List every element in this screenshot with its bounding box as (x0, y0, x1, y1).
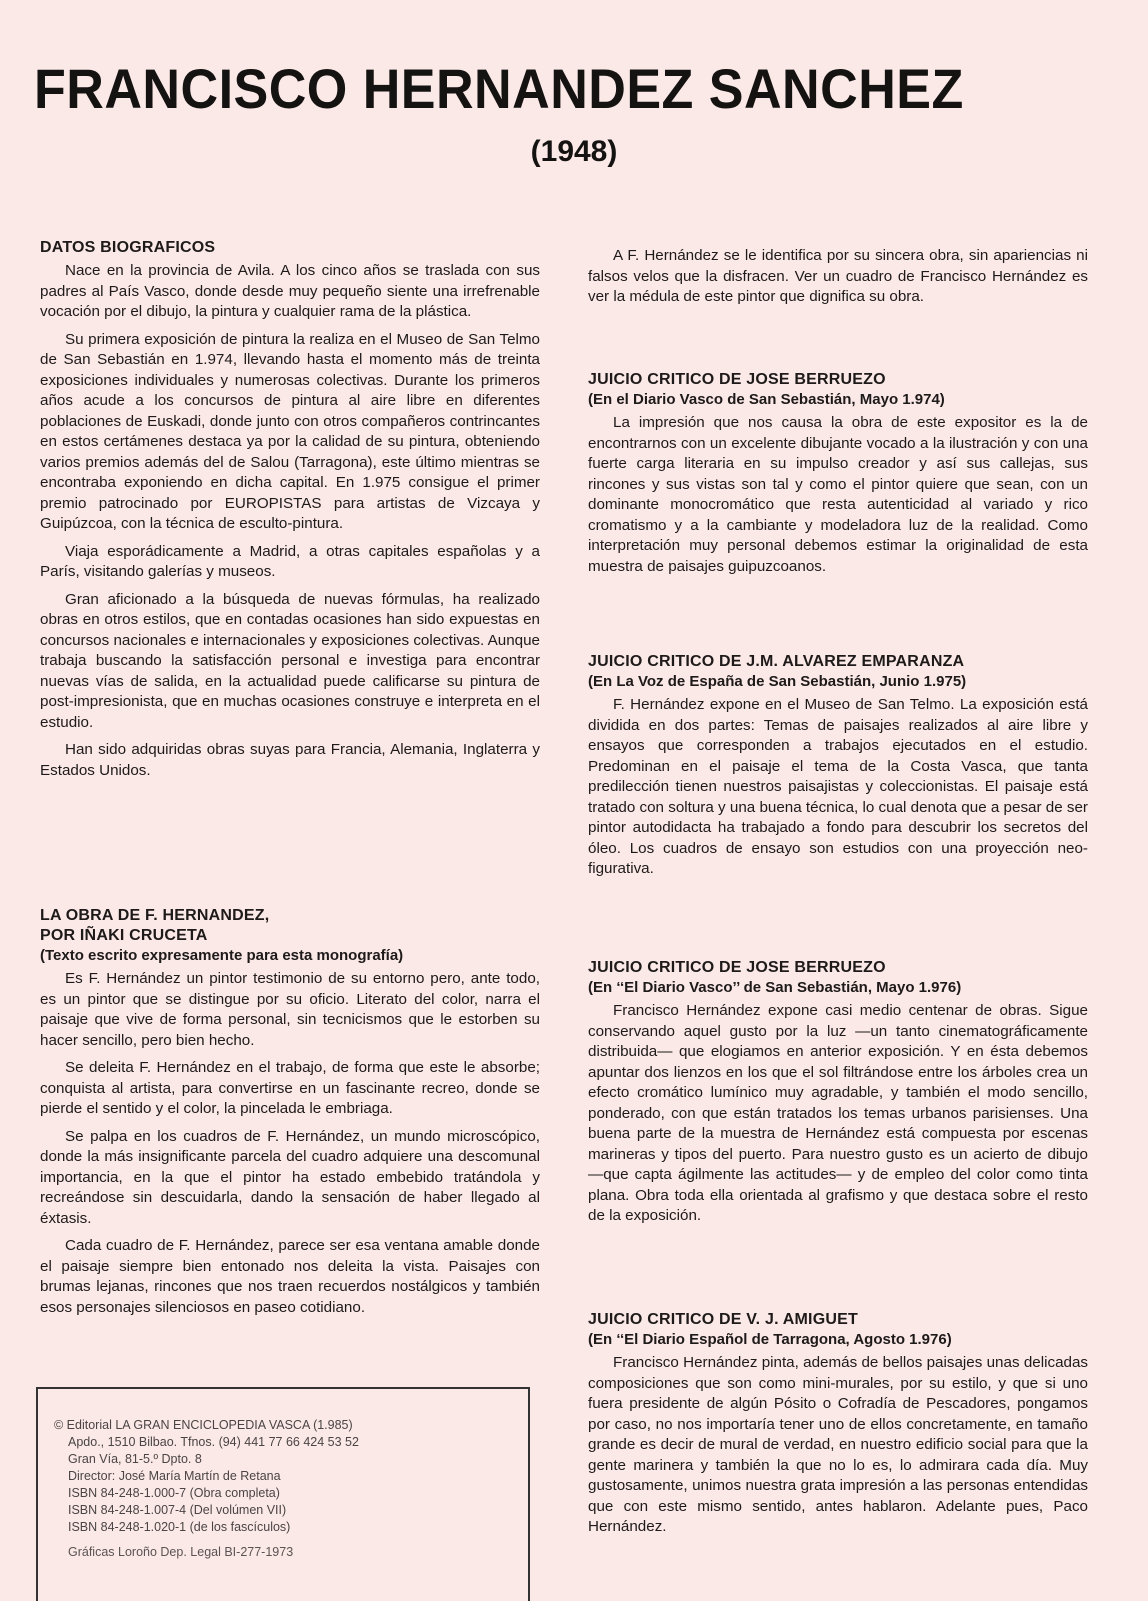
paragraph: Es F. Hernández un pintor testimonio de … (40, 969, 540, 1051)
section-datos-biograficos: DATOS BIOGRAFICOS Nace en la provincia d… (40, 238, 540, 788)
imprint-box: © Editorial LA GRAN ENCICLOPEDIA VASCA (… (36, 1387, 530, 1601)
paragraph: F. Hernández expone en el Museo de San T… (588, 695, 1088, 880)
section-source: (En ‘‘El Diario Español de Tarragona, Ag… (588, 1330, 1088, 1350)
paragraph: Viaja esporádicamente a Madrid, a otras … (40, 542, 540, 583)
paragraph: Cada cuadro de F. Hernández, parece ser … (40, 1236, 540, 1318)
section-heading: POR IÑAKI CRUCETA (40, 926, 540, 946)
section-source: (En el Diario Vasco de San Sebastián, Ma… (588, 390, 1088, 410)
imprint-line: ISBN 84-248-1.007-4 (Del volúmen VII) (68, 1502, 359, 1519)
paragraph: Han sido adquiridas obras suyas para Fra… (40, 740, 540, 781)
section-heading: JUICIO CRITICO DE V. J. AMIGUET (588, 1310, 1088, 1330)
paragraph: Gran aficionado a la búsqueda de nuevas … (40, 590, 540, 734)
section-source: (En La Voz de España de San Sebastián, J… (588, 672, 1088, 692)
paragraph: Francisco Hernández pinta, además de bel… (588, 1353, 1088, 1538)
paragraph: Francisco Hernández expone casi medio ce… (588, 1001, 1088, 1227)
section-subheading: (Texto escrito expresamente para esta mo… (40, 946, 540, 966)
paragraph: La impresión que nos causa la obra de es… (588, 413, 1088, 577)
imprint-line: Gran Vía, 81-5.º Dpto. 8 (68, 1451, 359, 1468)
page-title: FRANCISCO HERNANDEZ SANCHEZ (34, 56, 1048, 121)
section-heading: LA OBRA DE F. HERNANDEZ, (40, 906, 540, 926)
section-heading: JUICIO CRITICO DE JOSE BERRUEZO (588, 370, 1088, 390)
imprint-footer: Gráficas Loroño Dep. Legal BI-277-1973 (68, 1544, 359, 1561)
paragraph: Se deleita F. Hernández en el trabajo, d… (40, 1058, 540, 1120)
imprint-line: ISBN 84-248-1.000-7 (Obra completa) (68, 1485, 359, 1502)
imprint-lines: © Editorial LA GRAN ENCICLOPEDIA VASCA (… (68, 1417, 359, 1561)
section-heading: JUICIO CRITICO DE JOSE BERRUEZO (588, 958, 1088, 978)
section-critica-amiguet-1976: JUICIO CRITICO DE V. J. AMIGUET (En ‘‘El… (588, 1310, 1088, 1545)
section-heading: DATOS BIOGRAFICOS (40, 238, 540, 258)
imprint-line: Director: José María Martín de Retana (68, 1468, 359, 1485)
imprint-line: © Editorial LA GRAN ENCICLOPEDIA VASCA (… (54, 1417, 359, 1434)
section-heading: JUICIO CRITICO DE J.M. ALVAREZ EMPARANZA (588, 652, 1088, 672)
imprint-line: ISBN 84-248-1.020-1 (de los fascículos) (68, 1519, 359, 1536)
section-critica-berruezo-1976: JUICIO CRITICO DE JOSE BERRUEZO (En ‘‘El… (588, 958, 1088, 1234)
section-obra-continuacion: A F. Hernández se le identifica por su s… (588, 246, 1088, 315)
section-source: (En ‘‘El Diario Vasco’’ de San Sebastián… (588, 978, 1088, 998)
section-critica-emparanza-1975: JUICIO CRITICO DE J.M. ALVAREZ EMPARANZA… (588, 652, 1088, 887)
imprint-line: Apdo., 1510 Bilbao. Tfnos. (94) 441 77 6… (68, 1434, 359, 1451)
section-critica-berruezo-1974: JUICIO CRITICO DE JOSE BERRUEZO (En el D… (588, 370, 1088, 584)
birth-year: (1948) (0, 135, 1148, 169)
paragraph: A F. Hernández se le identifica por su s… (588, 246, 1088, 308)
paragraph: Su primera exposición de pintura la real… (40, 330, 540, 535)
paragraph: Se palpa en los cuadros de F. Hernández,… (40, 1127, 540, 1230)
section-la-obra: LA OBRA DE F. HERNANDEZ, POR IÑAKI CRUCE… (40, 906, 540, 1325)
paragraph: Nace en la provincia de Avila. A los cin… (40, 261, 540, 323)
